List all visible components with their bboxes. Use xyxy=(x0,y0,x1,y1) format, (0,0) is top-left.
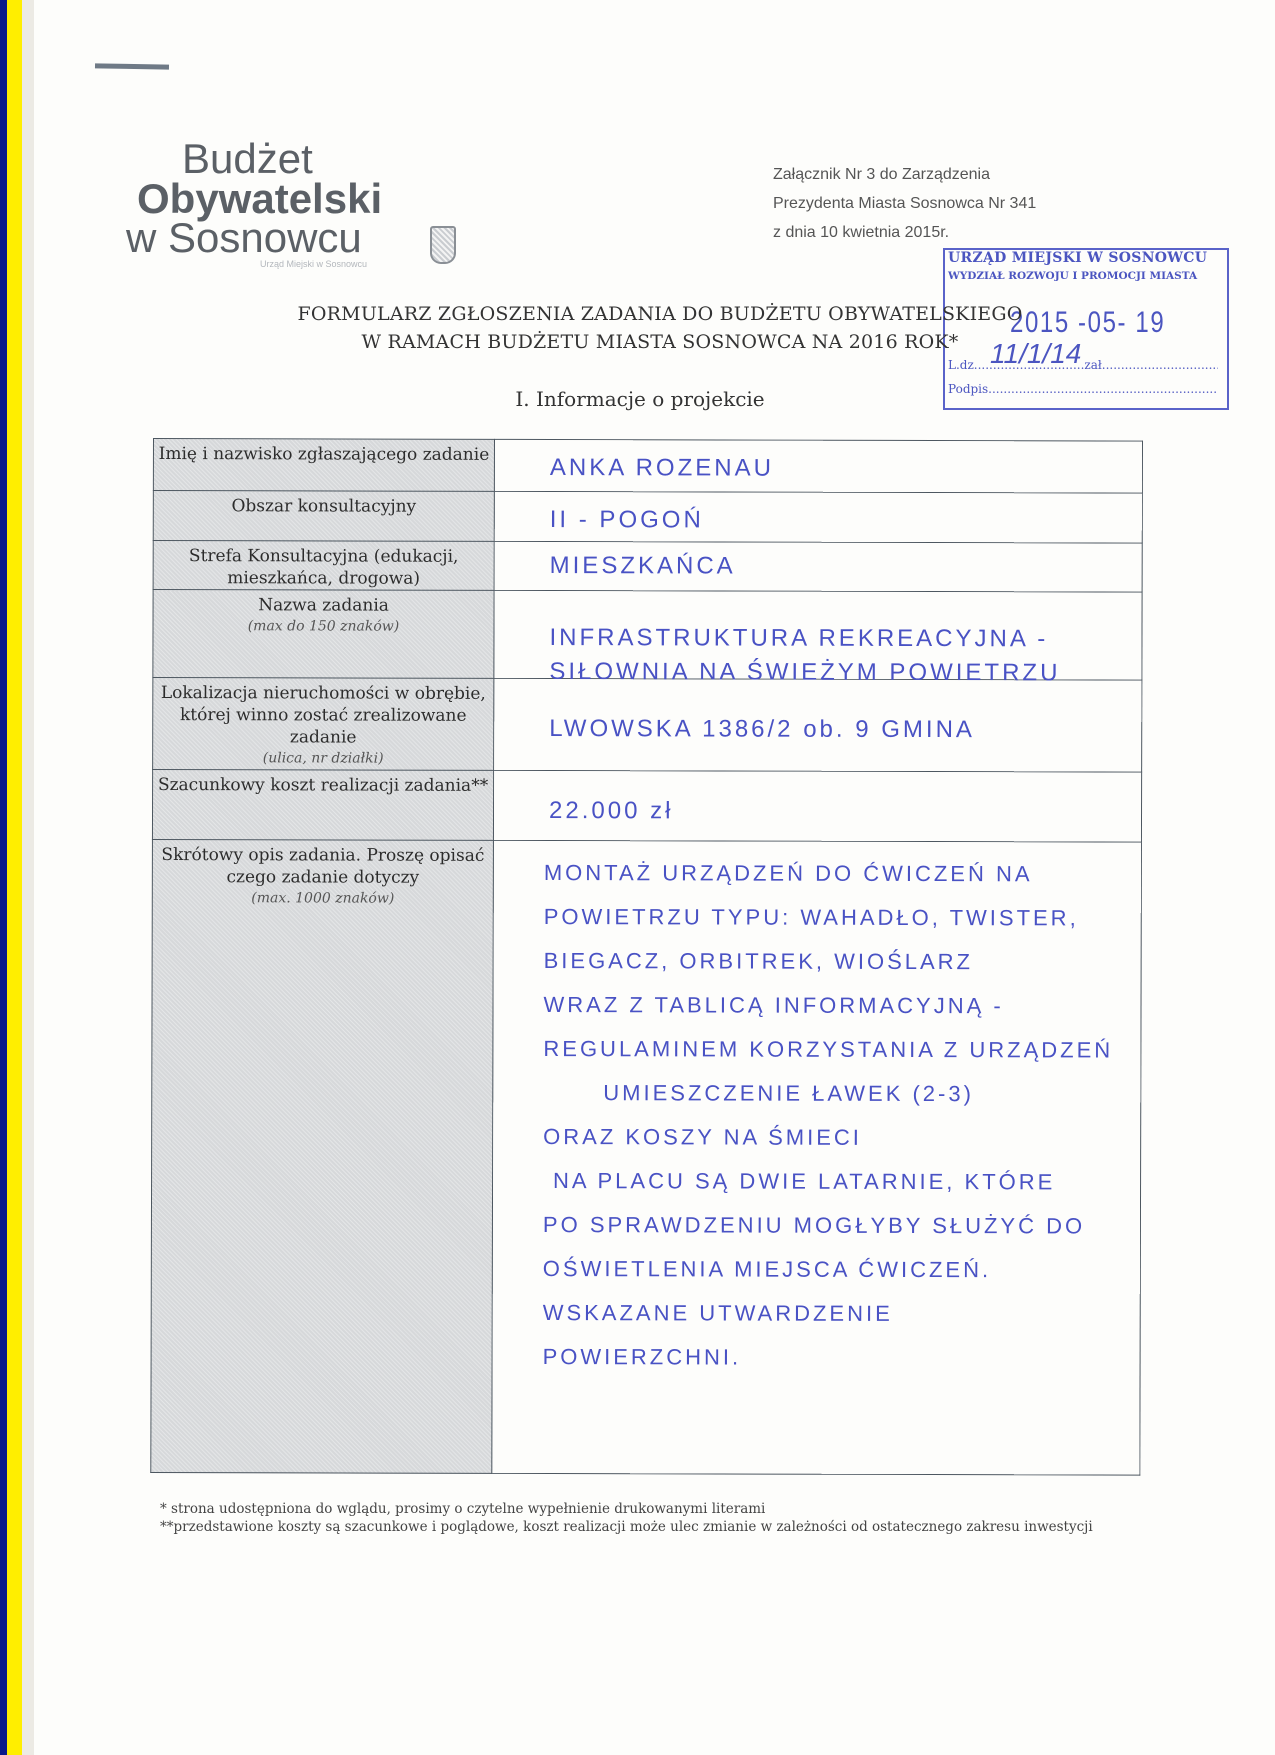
annex-line-1: Załącznik Nr 3 do Zarządzenia xyxy=(773,160,1036,189)
row-value-consultation-area[interactable]: II - POGOŃ xyxy=(494,491,1142,543)
row-label-description: Skrótowy opis zadania. Proszę opisać cze… xyxy=(151,839,494,1473)
row-value-description[interactable]: MONTAŻ URZĄDZEŃ DO ĆWICZEŃ NA POWIETRZU … xyxy=(492,840,1142,1475)
row-value-applicant[interactable]: ANKA ROZENAU xyxy=(494,439,1142,493)
scan-edge-blue xyxy=(0,0,7,1755)
table-row: Szacunkowy koszt realizacji zadania** 22… xyxy=(152,770,1141,843)
row-label-applicant: Imię i nazwisko zgłaszającego zadanie xyxy=(153,439,494,492)
scan-edge-yellow xyxy=(7,0,22,1755)
row-value-location[interactable]: LWOWSKA 1386/2 ob. 9 GMINA xyxy=(494,678,1142,772)
table-row: Lokalizacja nieruchomości w obrębie, któ… xyxy=(153,678,1142,773)
logo-line-1: Budżet xyxy=(182,138,313,180)
logo: Budżet Obywatelski w Sosnowcu Urząd Miej… xyxy=(120,138,460,273)
footnote-2: **przedstawione koszty są szacunkowe i p… xyxy=(160,1518,1100,1536)
table-row: Nazwa zadania (max do 150 znaków) INFRAS… xyxy=(153,590,1142,681)
row-label-consultation-area: Obszar konsultacyjny xyxy=(153,491,494,542)
row-value-consultation-zone[interactable]: MIESZKAŃCA xyxy=(494,541,1142,592)
scan-edge-grey xyxy=(22,0,34,1755)
row-label-location: Lokalizacja nieruchomości w obrębie, któ… xyxy=(153,678,494,771)
annex-line-3: z dnia 10 kwietnia 2015r. xyxy=(773,218,1036,247)
row-label-consultation-zone: Strefa Konsultacyjna (edukacji, mieszkań… xyxy=(153,541,494,591)
scan-mark xyxy=(95,63,169,69)
stamp-office: URZĄD MIEJSKI W SOSNOWCU xyxy=(948,250,1207,266)
stamp-podpis-label: Podpis xyxy=(948,382,988,396)
applicant-name-value: ANKA ROZENAU xyxy=(550,454,774,483)
location-value: LWOWSKA 1386/2 ob. 9 GMINA xyxy=(549,715,975,744)
row-label-task-name: Nazwa zadania (max do 150 znaków) xyxy=(153,590,494,679)
footnote-1: * strona udostępniona do wglądu, prosimy… xyxy=(160,1500,1100,1518)
stamp-department: WYDZIAŁ ROZWOJU I PROMOCJI MIASTA xyxy=(948,270,1197,282)
project-info-table: Imię i nazwisko zgłaszającego zadanie AN… xyxy=(150,438,1143,1476)
row-value-task-name[interactable]: INFRASTRUKTURA REKREACYJNA - SIŁOWNIA NA… xyxy=(494,590,1142,680)
location-hint: (ulica, nr działki) xyxy=(153,748,493,769)
annex-line-2: Prezydenta Miasta Sosnowca Nr 341 xyxy=(773,189,1036,218)
consultation-zone-value: MIESZKAŃCA xyxy=(550,552,736,580)
table-row: Obszar konsultacyjny II - POGOŃ xyxy=(153,491,1142,544)
city-crest-icon xyxy=(430,226,456,264)
section-heading: I. Informacje o projekcie xyxy=(460,387,820,411)
stamp-ldz-line: L.dz.............................zał....… xyxy=(948,358,1218,372)
annex-reference: Załącznik Nr 3 do Zarządzenia Prezydenta… xyxy=(773,160,1036,247)
consultation-area-value: II - POGOŃ xyxy=(550,506,704,534)
form-title: FORMULARZ ZGŁOSZENIA ZADANIA DO BUDŻETU … xyxy=(280,300,1040,356)
task-name-hint: (max do 150 znaków) xyxy=(153,616,493,637)
footnotes: * strona udostępniona do wglądu, prosimy… xyxy=(160,1500,1100,1536)
logo-subtitle: Urząd Miejski w Sosnowcu xyxy=(260,259,367,269)
form-title-line-2: W RAMACH BUDŻETU MIASTA SOSNOWCA NA 2016… xyxy=(280,328,1040,356)
form-title-line-1: FORMULARZ ZGŁOSZENIA ZADANIA DO BUDŻETU … xyxy=(280,300,1040,328)
stamp-ldz-label: L.dz. xyxy=(948,358,978,372)
row-label-cost: Szacunkowy koszt realizacji zadania** xyxy=(152,770,493,841)
stamp-podpis-line: Podpis..................................… xyxy=(948,382,1218,396)
table-row: Imię i nazwisko zgłaszającego zadanie AN… xyxy=(153,439,1142,494)
table-row: Skrótowy opis zadania. Proszę opisać cze… xyxy=(151,839,1142,1475)
cost-value: 22.000 zł xyxy=(549,797,673,825)
stamp-zal-label: zał xyxy=(1084,358,1101,372)
logo-line-3: w Sosnowcu xyxy=(126,217,362,259)
table-row: Strefa Konsultacyjna (edukacji, mieszkań… xyxy=(153,541,1142,593)
description-hint: (max. 1000 znaków) xyxy=(153,888,493,909)
description-value: MONTAŻ URZĄDZEŃ DO ĆWICZEŃ NA POWIETRZU … xyxy=(543,851,1114,1380)
row-value-cost[interactable]: 22.000 zł xyxy=(493,770,1141,842)
